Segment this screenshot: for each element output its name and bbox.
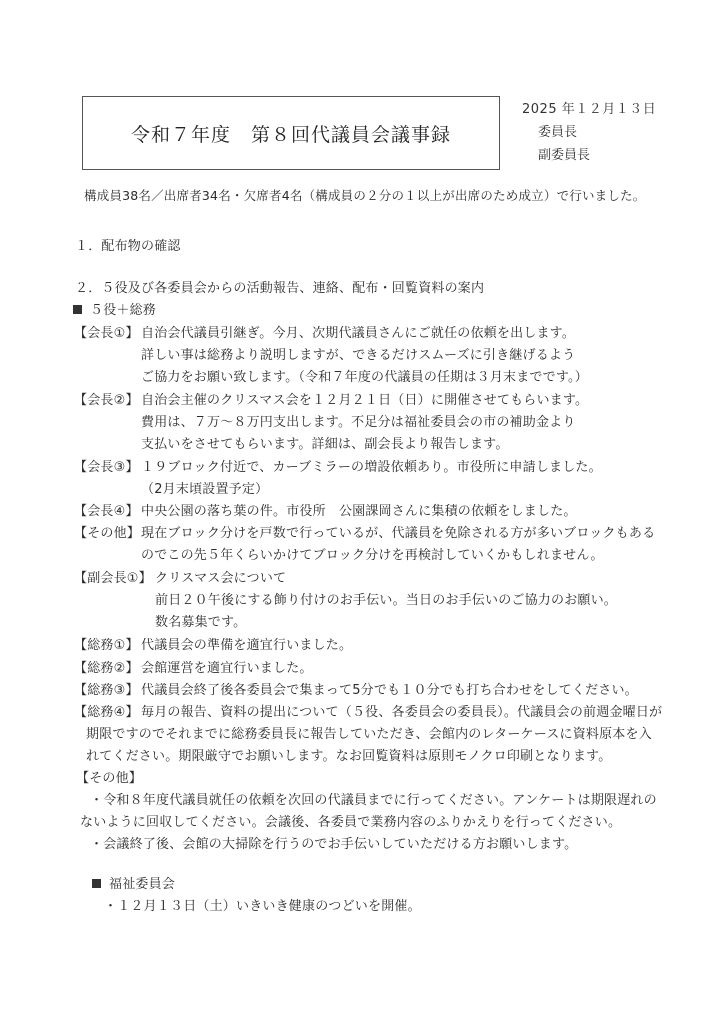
- entry-tag: 【総務②】: [74, 657, 139, 676]
- welfare-heading: 福祉委員会: [92, 873, 175, 892]
- entry-tag: 【その他】: [74, 522, 140, 541]
- entry-line: 【副会長①】: [74, 567, 152, 586]
- entry-line: 【総務①】: [74, 634, 139, 653]
- square-bullet-icon: [92, 879, 101, 888]
- entry-line: 現在ブロック分けを戸数で行っているが、代議員を免除される方が多いブロックもある: [141, 522, 655, 541]
- role-chair: 委員長: [522, 121, 656, 144]
- other-line: ないように回収してください。会議後、各委員で業務内容のふりかえりを行ってください…: [80, 811, 621, 830]
- entry-line: 数名募集です。: [155, 611, 246, 630]
- entry-line: 会館運営を適宜行いました。: [141, 657, 313, 676]
- title-box: 令和７年度 第８回代議員会議事録: [82, 96, 500, 170]
- entry-line: （2月末頃設置予定）: [141, 478, 268, 497]
- entry-line: 【会長②】: [74, 389, 139, 408]
- entry-line: 費用は、７万～８万円支出します。不足分は福祉委員会の市の補助金より: [141, 411, 576, 430]
- entry-line: 【総務②】: [74, 657, 139, 676]
- entry-line: れてください。期限厳守でお願いします。なお回覧資料は原則モノクロ印刷となります。: [86, 745, 611, 764]
- subsection-officers-label: ５役＋総務: [90, 303, 156, 318]
- entry-line: のでこの先５年くらいかけてブロック分けを再検討していくかもしれません。: [141, 544, 604, 563]
- entry-tag: 【総務④】: [74, 701, 139, 720]
- document-page: 令和７年度 第８回代議員会議事録 2025 年１２月１３日 委員長 副委員長 構…: [0, 0, 724, 1024]
- entry-line: 前日２０午後にする飾り付けのお手伝い。当日のお手伝いのご協力のお願い。: [155, 589, 617, 608]
- entry-line: 【会長④】: [74, 500, 139, 519]
- entry-line: 期限ですのでそれまでに総務委員長に報告していただき、会館内のレターケースに資料原…: [86, 723, 652, 742]
- document-date: 2025 年１２月１３日: [522, 98, 656, 121]
- entry-line: 【会長①】: [74, 322, 139, 341]
- entry-line: 代議員会終了後各委員会で集まって5分でも１０分でも打ち合わせをしてください。: [141, 679, 638, 698]
- entry-tag: 【会長④】: [74, 500, 139, 519]
- other-line: ・令和８年度代議員就任の依頼を次回の代議員までに行ってください。アンケートは期限…: [90, 789, 657, 808]
- subsection-officers: ５役＋総務: [73, 299, 156, 318]
- document-title: 令和７年度 第８回代議員会議事録: [131, 120, 451, 147]
- entry-line: 【会長③】: [74, 456, 139, 475]
- role-vice-chair: 副委員長: [522, 144, 656, 167]
- section-1-heading: １．配布物の確認: [75, 235, 181, 254]
- entry-tag: 【会長③】: [74, 456, 139, 475]
- entry-line: 【その他】: [74, 522, 140, 541]
- attendance-summary: 構成員38名／出席者34名・欠席者4名（構成員の２分の１以上が出席のため成立）で…: [84, 186, 645, 204]
- entry-tag: 【会長②】: [74, 389, 139, 408]
- entry-line: 支払いをさせてもらいます。詳細は、副会長より報告します。: [141, 433, 509, 452]
- entry-tag: 【総務①】: [74, 634, 139, 653]
- other-line: ・会議終了後、会館の大掃除を行うのでお手伝いしていただける方お願いします。: [90, 833, 577, 852]
- other-heading: 【その他】: [76, 767, 142, 786]
- entry-tag: 【総務③】: [74, 679, 139, 698]
- entry-line: クリスマス会について: [155, 567, 286, 586]
- entry-line: 中央公園の落ち葉の件。市役所 公園課岡さんに集積の依頼をしました。: [141, 500, 577, 519]
- entry-line: ご協力をお願い致します。（令和７年度の代議員の任期は３月末までです。）: [141, 366, 588, 385]
- entry-line: 代議員会の準備を適宜行いました。: [141, 634, 352, 653]
- entry-line: 毎月の報告、資料の提出について（５役、各委員会の委員長）。代議員会の前週金曜日が: [141, 701, 662, 720]
- entry-line: 【総務③】: [74, 679, 139, 698]
- entry-line: 自治会主催のクリスマス会を１２月２１日（日）に開催させてもらいます。: [141, 389, 588, 408]
- entry-line: 【総務④】: [74, 701, 139, 720]
- section-2-heading: ２．５役及び各委員会からの活動報告、連絡、配布・回覧資料の案内: [75, 277, 484, 296]
- entry-line: 自治会代議員引継ぎ。今月、次期代議員さんにご就任の依頼を出します。: [141, 322, 575, 341]
- entry-tag: 【会長①】: [74, 322, 139, 341]
- entry-tag: 【副会長①】: [74, 567, 152, 586]
- header-meta: 2025 年１２月１３日 委員長 副委員長: [522, 98, 656, 167]
- welfare-item: ・１２月１３日（土）いきいき健康のつどいを開催。: [104, 895, 421, 914]
- entry-line: １９ブロック付近で、カーブミラーの増設依頼あり。市役所に申請しました。: [141, 456, 602, 475]
- square-bullet-icon: [73, 305, 82, 314]
- entry-line: 詳しい事は総務より説明しますが、できるだけスムーズに引き継げるよう: [141, 344, 575, 363]
- welfare-heading-label: 福祉委員会: [109, 877, 175, 892]
